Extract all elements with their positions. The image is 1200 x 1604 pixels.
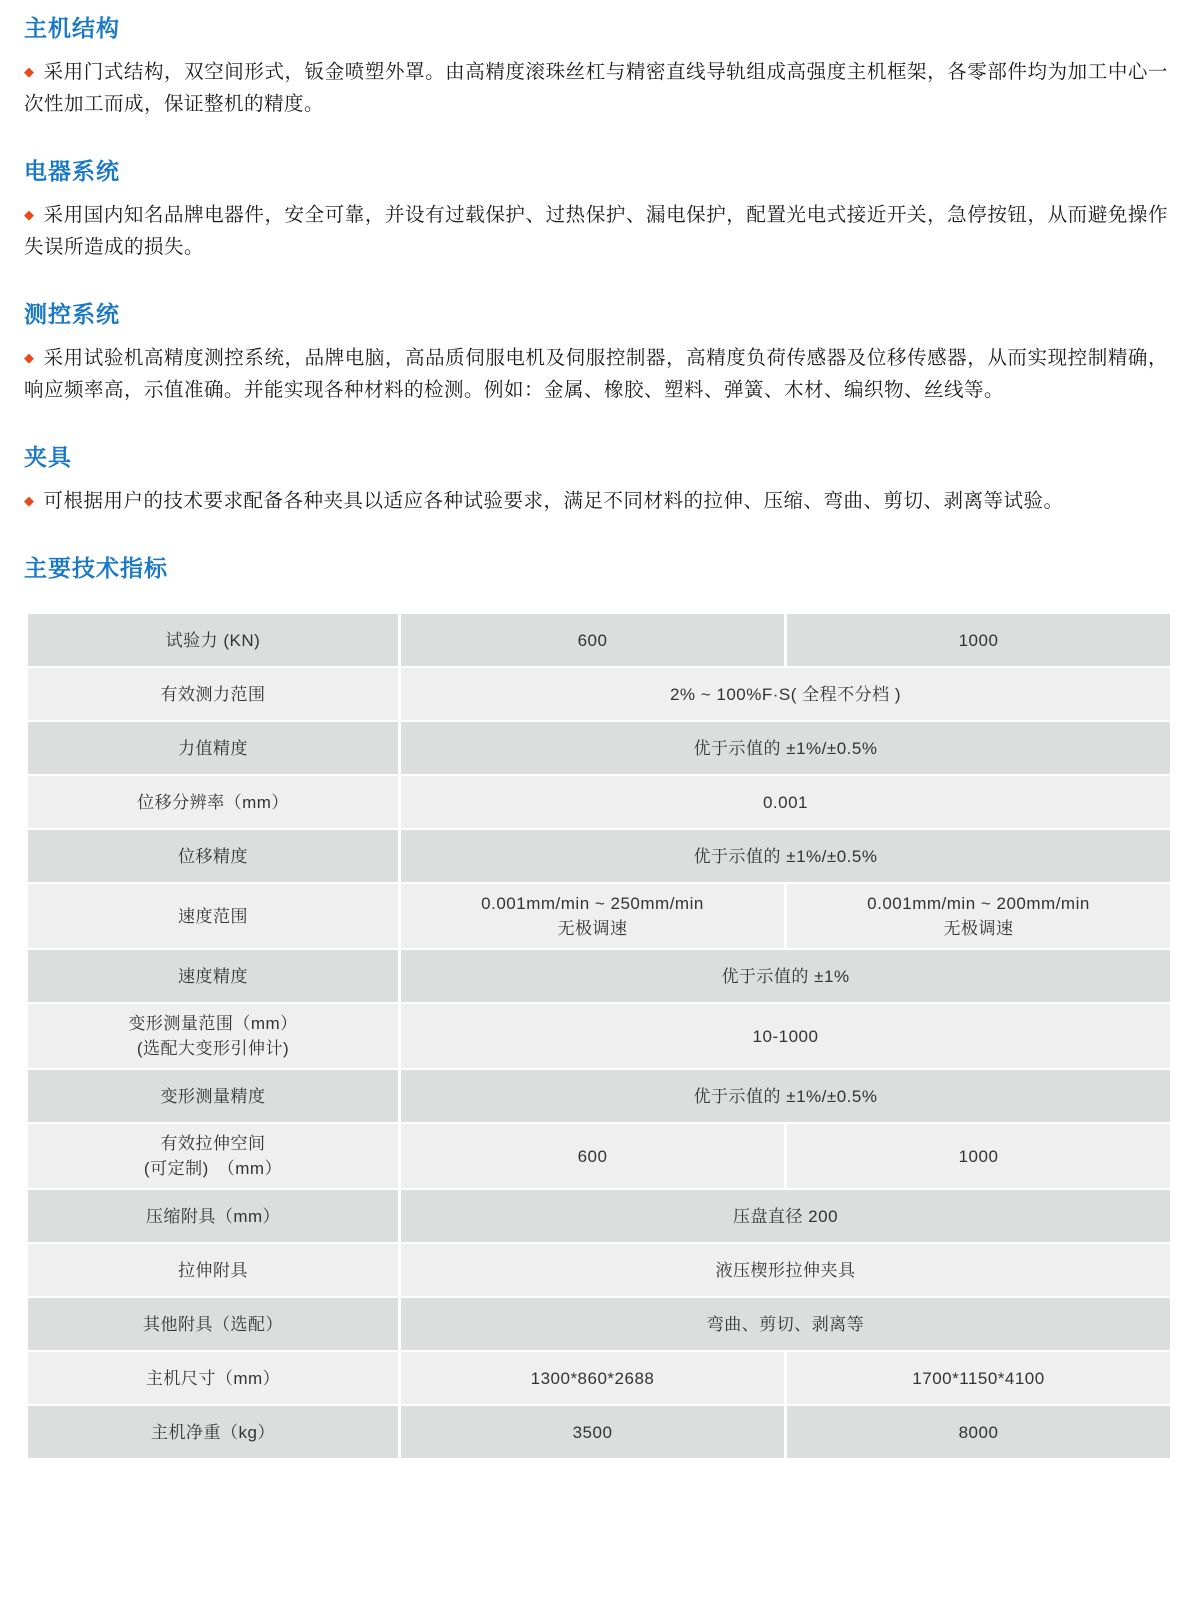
cell-line: 1700*1150*4100 (912, 1366, 1044, 1391)
diamond-bullet-icon: ◆ (24, 56, 35, 88)
spec-value-cell: 1700*1150*4100 (784, 1352, 1170, 1404)
section-main-structure: 主机结构 ◆采用门式结构，双空间形式，钣金喷塑外罩。由高精度滚珠丝杠与精密直线导… (24, 10, 1168, 120)
cell-line: 10-1000 (753, 1024, 819, 1049)
cell-line: 有效测力范围 (161, 682, 266, 707)
table-row: 位移精度优于示值的 ±1%/±0.5% (28, 828, 1170, 882)
spec-label-cell: 有效测力范围 (28, 668, 398, 720)
spec-label-cell: 速度范围 (28, 884, 398, 948)
spec-value-cell: 0.001 (398, 776, 1170, 828)
cell-line: 主机净重（kg） (151, 1420, 275, 1445)
table-row: 变形测量范围（mm）(选配大变形引伸计)10-1000 (28, 1002, 1170, 1068)
section-heading-fixtures: 夹具 (24, 439, 1168, 472)
spec-value-cell: 2% ~ 100%F·S( 全程不分档 ) (398, 668, 1170, 720)
cell-line: 1300*860*2688 (531, 1366, 655, 1391)
spec-label-cell: 力值精度 (28, 722, 398, 774)
spec-value-cell: 优于示值的 ±1% (398, 950, 1170, 1002)
spec-table: 试验力 (KN)6001000有效测力范围2% ~ 100%F·S( 全程不分档… (28, 614, 1170, 1458)
table-row: 压缩附具（mm）压盘直径 200 (28, 1188, 1170, 1242)
cell-line: 速度范围 (178, 904, 248, 929)
table-row: 有效拉伸空间(可定制) （mm）6001000 (28, 1122, 1170, 1188)
cell-line: 优于示值的 ±1%/±0.5% (694, 1084, 878, 1109)
table-row: 试验力 (KN)6001000 (28, 614, 1170, 666)
cell-line: 拉伸附具 (178, 1258, 248, 1283)
document-page: 主机结构 ◆采用门式结构，双空间形式，钣金喷塑外罩。由高精度滚珠丝杠与精密直线导… (0, 0, 1200, 1458)
diamond-bullet-icon: ◆ (24, 199, 35, 231)
spec-label-cell: 速度精度 (28, 950, 398, 1002)
cell-line: 位移精度 (178, 844, 248, 869)
cell-line: 压缩附具（mm） (146, 1204, 280, 1229)
cell-line: 主机尺寸（mm） (146, 1366, 280, 1391)
section-text: 可根据用户的技术要求配备各种夹具以适应各种试验要求，满足不同材料的拉伸、压缩、弯… (44, 490, 1064, 512)
section-paragraph: ◆可根据用户的技术要求配备各种夹具以适应各种试验要求，满足不同材料的拉伸、压缩、… (24, 485, 1168, 517)
spec-value-cell: 0.001mm/min ~ 200mm/min无极调速 (784, 884, 1170, 948)
section-paragraph: ◆采用国内知名品牌电器件，安全可靠，并设有过载保护、过热保护、漏电保护，配置光电… (24, 199, 1168, 263)
cell-line: 1000 (959, 1144, 999, 1169)
table-row: 位移分辨率（mm）0.001 (28, 774, 1170, 828)
cell-line: 变形测量范围（mm） (128, 1011, 297, 1036)
spec-label-cell: 变形测量范围（mm）(选配大变形引伸计) (28, 1004, 398, 1068)
spec-label-cell: 压缩附具（mm） (28, 1190, 398, 1242)
cell-line: 2% ~ 100%F·S( 全程不分档 ) (670, 682, 901, 707)
spec-table-heading: 主要技术指标 (24, 550, 1168, 583)
cell-line: 试验力 (KN) (166, 628, 261, 653)
section-control-system: 测控系统 ◆采用试验机高精度测控系统，品牌电脑，高品质伺服电机及伺服控制器，高精… (24, 296, 1168, 406)
table-row: 速度精度优于示值的 ±1% (28, 948, 1170, 1002)
table-row: 其他附具（选配）弯曲、剪切、剥离等 (28, 1296, 1170, 1350)
section-text: 采用国内知名品牌电器件，安全可靠，并设有过载保护、过热保护、漏电保护，配置光电式… (24, 204, 1168, 258)
cell-line: 0.001 (763, 790, 808, 815)
spec-label-cell: 变形测量精度 (28, 1070, 398, 1122)
cell-line: 无极调速 (558, 916, 628, 941)
cell-line: 其他附具（选配） (143, 1312, 283, 1337)
section-paragraph: ◆采用门式结构，双空间形式，钣金喷塑外罩。由高精度滚珠丝杠与精密直线导轨组成高强… (24, 56, 1168, 120)
spec-value-cell: 压盘直径 200 (398, 1190, 1170, 1242)
table-row: 主机尺寸（mm）1300*860*26881700*1150*4100 (28, 1350, 1170, 1404)
cell-line: 优于示值的 ±1%/±0.5% (694, 844, 878, 869)
cell-line: 速度精度 (178, 964, 248, 989)
spec-value-cell: 1000 (784, 1124, 1170, 1188)
section-heading-electrical-system: 电器系统 (24, 153, 1168, 186)
cell-line: 压盘直径 200 (733, 1204, 838, 1229)
cell-line: 优于示值的 ±1%/±0.5% (694, 736, 878, 761)
section-text: 采用试验机高精度测控系统，品牌电脑，高品质伺服电机及伺服控制器，高精度负荷传感器… (24, 347, 1168, 401)
cell-line: 8000 (959, 1420, 999, 1445)
spec-label-cell: 位移分辨率（mm） (28, 776, 398, 828)
cell-line: 力值精度 (178, 736, 248, 761)
cell-line: 优于示值的 ±1% (721, 964, 849, 989)
spec-value-cell: 优于示值的 ±1%/±0.5% (398, 1070, 1170, 1122)
cell-line: 3500 (573, 1420, 613, 1445)
cell-line: (可定制) （mm） (144, 1156, 282, 1181)
cell-line: 600 (578, 1144, 608, 1169)
spec-value-cell: 3500 (398, 1406, 784, 1458)
spec-label-cell: 有效拉伸空间(可定制) （mm） (28, 1124, 398, 1188)
spec-value-cell: 液压楔形拉伸夹具 (398, 1244, 1170, 1296)
spec-value-cell: 0.001mm/min ~ 250mm/min无极调速 (398, 884, 784, 948)
spec-value-cell: 优于示值的 ±1%/±0.5% (398, 722, 1170, 774)
table-row: 拉伸附具液压楔形拉伸夹具 (28, 1242, 1170, 1296)
diamond-bullet-icon: ◆ (24, 485, 35, 517)
section-electrical-system: 电器系统 ◆采用国内知名品牌电器件，安全可靠，并设有过载保护、过热保护、漏电保护… (24, 153, 1168, 263)
cell-line: 无极调速 (944, 916, 1014, 941)
spec-value-cell: 10-1000 (398, 1004, 1170, 1068)
cell-line: 变形测量精度 (161, 1084, 266, 1109)
spec-value-cell: 弯曲、剪切、剥离等 (398, 1298, 1170, 1350)
spec-value-cell: 1000 (784, 614, 1170, 666)
table-row: 主机净重（kg）35008000 (28, 1404, 1170, 1458)
cell-line: (选配大变形引伸计) (137, 1036, 289, 1061)
spec-label-cell: 主机净重（kg） (28, 1406, 398, 1458)
cell-line: 1000 (959, 628, 999, 653)
cell-line: 600 (578, 628, 608, 653)
diamond-bullet-icon: ◆ (24, 342, 35, 374)
table-row: 有效测力范围2% ~ 100%F·S( 全程不分档 ) (28, 666, 1170, 720)
spec-label-cell: 试验力 (KN) (28, 614, 398, 666)
cell-line: 0.001mm/min ~ 250mm/min (481, 891, 704, 916)
table-row: 力值精度优于示值的 ±1%/±0.5% (28, 720, 1170, 774)
spec-value-cell: 优于示值的 ±1%/±0.5% (398, 830, 1170, 882)
cell-line: 0.001mm/min ~ 200mm/min (867, 891, 1090, 916)
spec-value-cell: 600 (398, 614, 784, 666)
spec-label-cell: 位移精度 (28, 830, 398, 882)
cell-line: 弯曲、剪切、剥离等 (707, 1312, 865, 1337)
cell-line: 液压楔形拉伸夹具 (716, 1258, 856, 1283)
spec-label-cell: 其他附具（选配） (28, 1298, 398, 1350)
section-heading-control-system: 测控系统 (24, 296, 1168, 329)
spec-value-cell: 8000 (784, 1406, 1170, 1458)
section-paragraph: ◆采用试验机高精度测控系统，品牌电脑，高品质伺服电机及伺服控制器，高精度负荷传感… (24, 342, 1168, 406)
cell-line: 位移分辨率（mm） (137, 790, 289, 815)
section-text: 采用门式结构，双空间形式，钣金喷塑外罩。由高精度滚珠丝杠与精密直线导轨组成高强度… (24, 61, 1168, 115)
table-row: 变形测量精度优于示值的 ±1%/±0.5% (28, 1068, 1170, 1122)
cell-line: 有效拉伸空间 (161, 1131, 266, 1156)
section-fixtures: 夹具 ◆可根据用户的技术要求配备各种夹具以适应各种试验要求，满足不同材料的拉伸、… (24, 439, 1168, 517)
spec-label-cell: 主机尺寸（mm） (28, 1352, 398, 1404)
section-heading-main-structure: 主机结构 (24, 10, 1168, 43)
table-row: 速度范围0.001mm/min ~ 250mm/min无极调速0.001mm/m… (28, 882, 1170, 948)
spec-label-cell: 拉伸附具 (28, 1244, 398, 1296)
spec-value-cell: 1300*860*2688 (398, 1352, 784, 1404)
spec-value-cell: 600 (398, 1124, 784, 1188)
